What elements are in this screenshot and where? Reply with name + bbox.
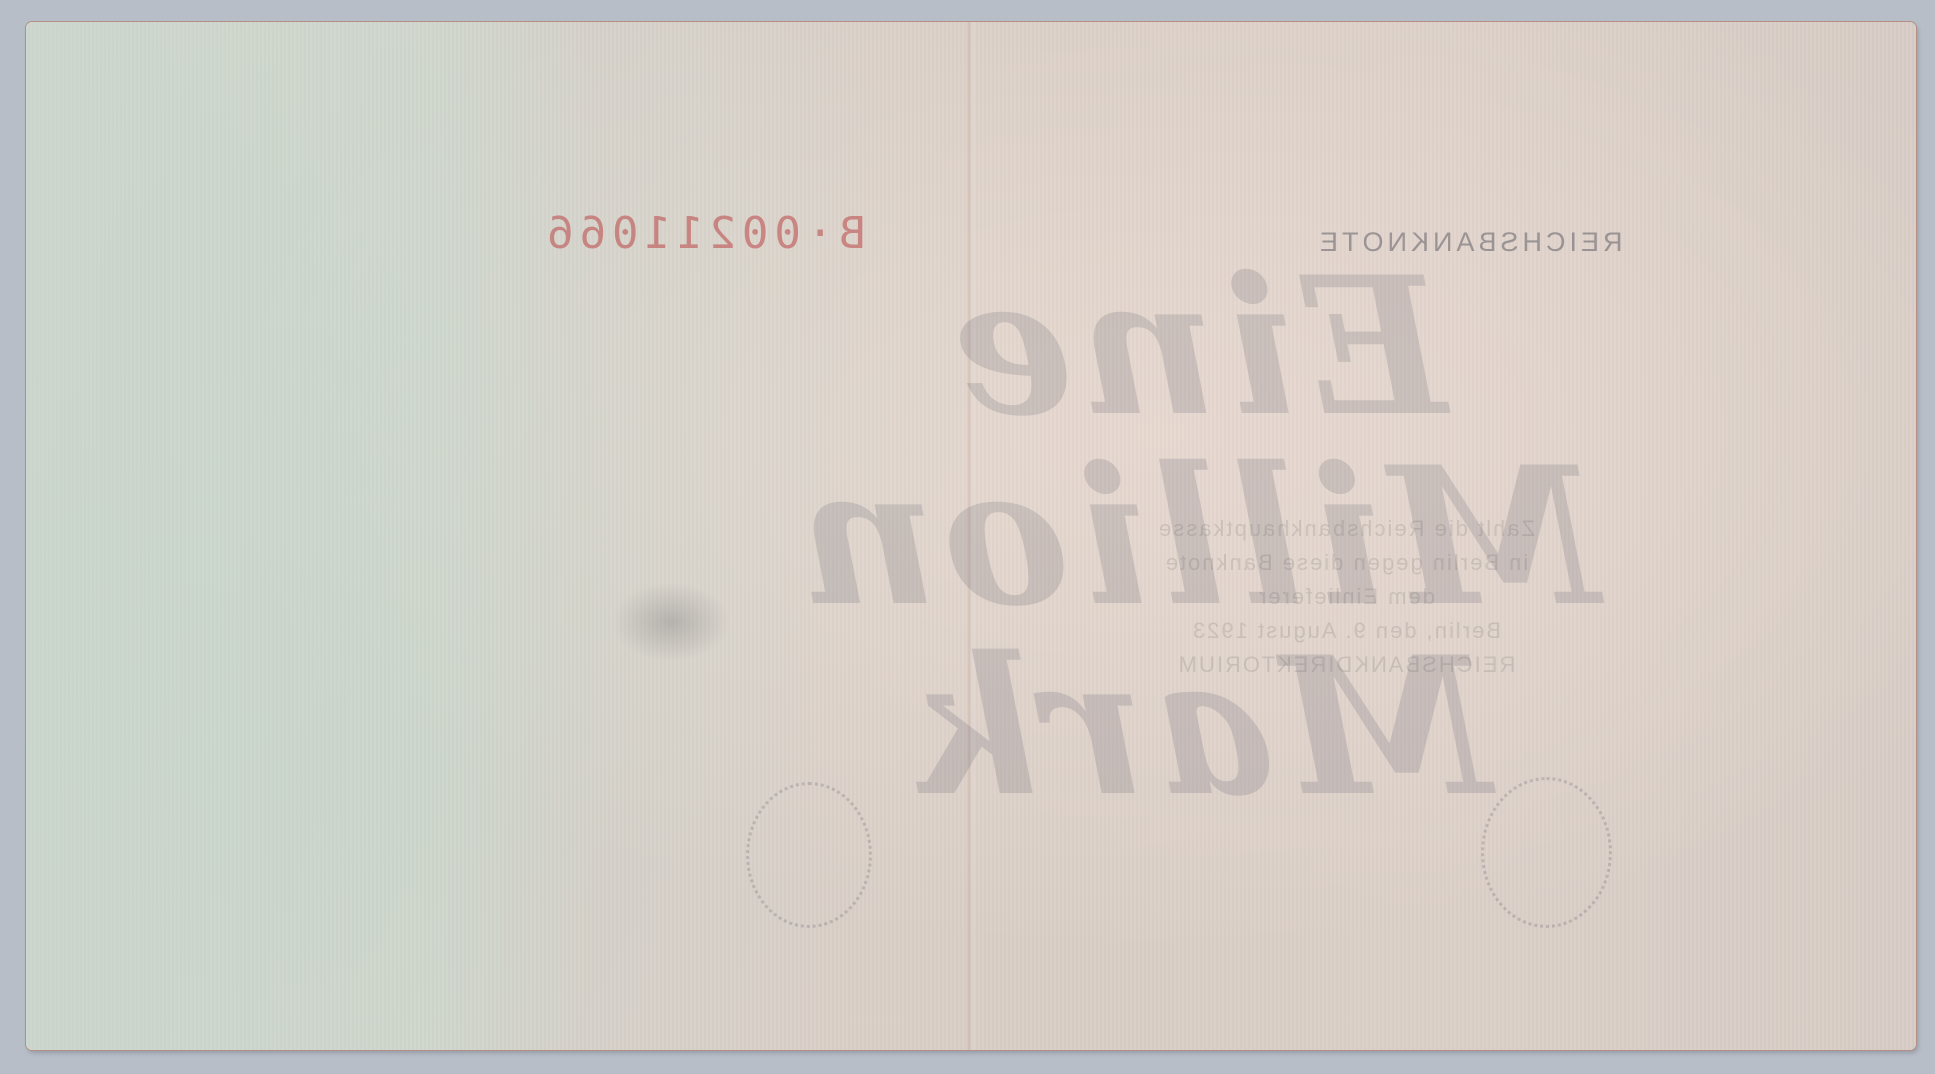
- ink-smudge: [611, 582, 731, 662]
- body-line: REICHSBANKDIREKTORIUM: [1046, 648, 1646, 682]
- watermark-area: [26, 22, 496, 1050]
- body-text-block: Zahlt die Reichsbankhauptkasse in Berlin…: [1046, 512, 1646, 682]
- body-line: in Berlin gegen diese Banknote: [1046, 546, 1646, 580]
- banknote: B·00211066 REICHSBANKNOTE Eine Million M…: [26, 22, 1916, 1050]
- seal-left-icon: [746, 782, 872, 928]
- body-line: dem Einlieferer: [1046, 580, 1646, 614]
- body-line: Berlin, den 9. August 1923: [1046, 614, 1646, 648]
- seal-right-icon: [1481, 777, 1612, 928]
- body-line: Zahlt die Reichsbankhauptkasse: [1046, 512, 1646, 546]
